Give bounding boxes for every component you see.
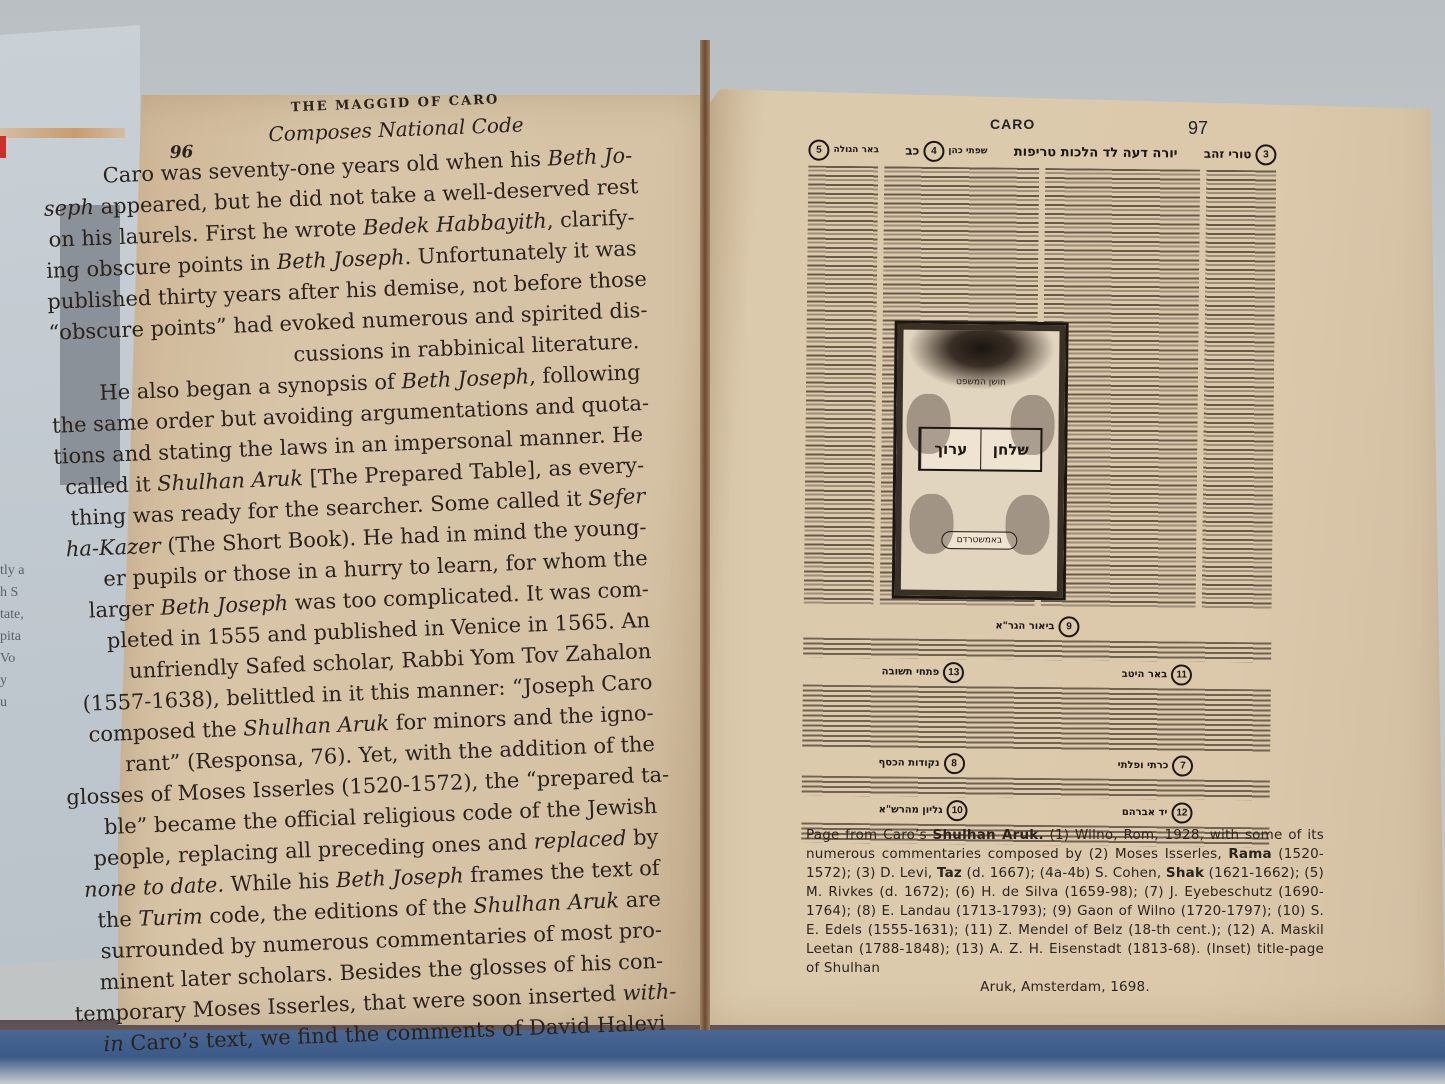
background-text-fragment: u (0, 692, 40, 714)
header-sub-label: שפתי כהן (948, 146, 987, 156)
section-head-row: 11באר היטב 13פתחי תשובה (803, 661, 1271, 687)
bold-run: Rama (1228, 846, 1271, 862)
section-head: 8נקודות הכסף (878, 752, 964, 774)
text-run: Page from Caro’s (806, 827, 933, 843)
hebrew-facsimile-page: 3 טורי זהב יורה דעה לד הלכות טריפות שפתי… (801, 138, 1276, 823)
section-head: 13פתחי תשובה (882, 661, 965, 683)
section-head: 11באר היטב (1122, 664, 1193, 686)
commentary-text-block (802, 776, 1270, 801)
italic-run: Beth Jo- (547, 143, 633, 170)
text-run: are (619, 887, 662, 913)
red-jacket-strip (0, 136, 6, 158)
marker-icon: 9 (1058, 616, 1079, 637)
header-mid-group: שפתי כהן 4 כב (905, 140, 987, 162)
section-label: יד אברהם (1122, 807, 1168, 818)
text-run: called it (65, 472, 158, 500)
marker-icon: 13 (943, 662, 964, 683)
text-run: (d. 1667); (4a-4b) S. Cohen, (962, 865, 1166, 881)
italic-run: none to date. (84, 873, 225, 902)
text-run: , clarify- (546, 205, 635, 232)
italic-run: seph (43, 195, 94, 221)
italic-run: Shulhan Aruk (473, 888, 620, 918)
section-head-row: 9ביאור הגר"א (803, 614, 1271, 640)
section-head-row: 7כרתי ופלתי 8נקודות הכסף (802, 752, 1270, 778)
text-run: frames the text of (463, 856, 660, 888)
page-number-left: 96 (169, 142, 193, 163)
section-head: 10גליון מהרש"א (879, 799, 968, 821)
marker-5-icon: 5 (808, 139, 829, 160)
section-head-row: 12יד אברהם 10גליון מהרש"א (801, 799, 1269, 825)
italic-run: with- (622, 979, 677, 1005)
section-label: באר היטב (1122, 669, 1168, 680)
background-text-fragment: pita (0, 626, 40, 648)
italic-run: Bedek Habbayith (363, 209, 548, 240)
facsimile-header: 3 טורי זהב יורה דעה לד הלכות טריפות שפתי… (808, 138, 1276, 167)
italic-run: Sefer (588, 484, 646, 510)
italic-run: Shulhan Aruk (157, 466, 304, 496)
text-run: ing obscure points in (46, 250, 278, 283)
figure-caption: Page from Caro’s Shulhan Aruk. (1) Wilno… (806, 826, 1324, 997)
header-right-group: 3 טורי זהב (1204, 143, 1277, 165)
running-head-right: CARO (990, 116, 1035, 132)
marker-icon: 12 (1171, 802, 1192, 823)
marker-icon: 8 (943, 753, 964, 774)
caption-last-line: Aruk, Amsterdam, 1698. (806, 978, 1324, 997)
eagle-woodcut-icon (907, 330, 1056, 392)
facsimile-title: יורה דעה לד הלכות טריפות (1014, 144, 1178, 161)
marker-4-icon: 4 (923, 140, 944, 161)
cherub-figure-icon (1005, 495, 1050, 555)
section-label: גליון מהרש"א (879, 804, 943, 816)
italic-run: Beth Joseph (401, 364, 530, 393)
inset-title-page-woodcut: חושן המשפט שלחן ערוך באמשטרדם (892, 320, 1069, 600)
cherub-figure-icon (909, 494, 954, 554)
cherub-figure-icon (1010, 395, 1055, 455)
cherub-figure-icon (906, 394, 951, 454)
background-text-fragment: y (0, 670, 40, 692)
bold-run: Shak (1166, 865, 1204, 881)
left-page-content: THE MAGGID OF CARO 96 Composes National … (40, 87, 666, 1061)
bold-run: Shulhan Aruk. (933, 827, 1044, 843)
commentary-text-block (803, 638, 1271, 663)
header-right-label: טורי זהב (1204, 147, 1252, 161)
text-run: by (626, 825, 659, 850)
commentary-sections: 9ביאור הגר"א 11באר היטב 13פתחי תשובה 7כר… (801, 614, 1271, 848)
section-head: 9ביאור הגר"א (995, 616, 1079, 638)
italic-run: Shulhan Aruk (243, 711, 390, 741)
caption-body: Page from Caro’s Shulhan Aruk. (1) Wilno… (806, 827, 1324, 976)
section-head: 12יד אברהם (1122, 802, 1193, 824)
header-left-group: באר הגולה 5 (808, 139, 879, 161)
marker-icon: 7 (1172, 755, 1193, 776)
text-run: . Unfortunately it was (404, 236, 637, 269)
text-run: the (97, 907, 139, 933)
header-left-label: באר הגולה (833, 145, 879, 155)
background-text-fragment: h S (0, 582, 40, 604)
book-gutter (700, 40, 710, 1030)
commentary-column-right (1202, 170, 1277, 611)
commentary-column-left (804, 166, 879, 607)
text-run: , following (529, 360, 641, 388)
italic-run: Turim (138, 904, 203, 930)
commentary-text-block (802, 685, 1271, 754)
text-run: (1621-1662); (5) M. Rivkes (d. 1672); (6… (806, 865, 1324, 976)
header-mid-label: כב (905, 144, 919, 158)
page-number-right: 97 (1188, 118, 1208, 139)
section-label: ביאור הגר"א (995, 621, 1054, 633)
background-text-fragment: tate, (0, 604, 40, 626)
bold-run: Taz (937, 865, 962, 881)
marker-icon: 10 (947, 800, 968, 821)
italic-run: Beth Joseph (335, 863, 464, 892)
section-head: 7כרתי ופלתי (1118, 755, 1194, 777)
italic-run: Beth Joseph (276, 245, 405, 274)
italic-run: Beth Joseph (160, 591, 289, 620)
body-text: Caro was seventy-one years old when his … (42, 140, 666, 1061)
marker-icon: 11 (1171, 664, 1192, 685)
background-text-fragment: tly a (0, 560, 40, 582)
text-run: While his (224, 868, 337, 896)
text-run: larger (88, 596, 161, 623)
section-label: כרתי ופלתי (1118, 760, 1169, 772)
marker-3-icon: 3 (1255, 144, 1276, 165)
text-run: composed the (88, 717, 244, 747)
italic-run: ha-Kazer (65, 534, 161, 562)
italic-run: in (103, 1031, 124, 1056)
section-label: נקודות הכסף (879, 757, 940, 769)
section-label: פתחי תשובה (882, 666, 940, 678)
italic-run: replaced (533, 826, 627, 854)
background-text-fragment: Vo (0, 648, 40, 670)
background-document-text: tly ah State,pitaVoyu (0, 560, 40, 714)
